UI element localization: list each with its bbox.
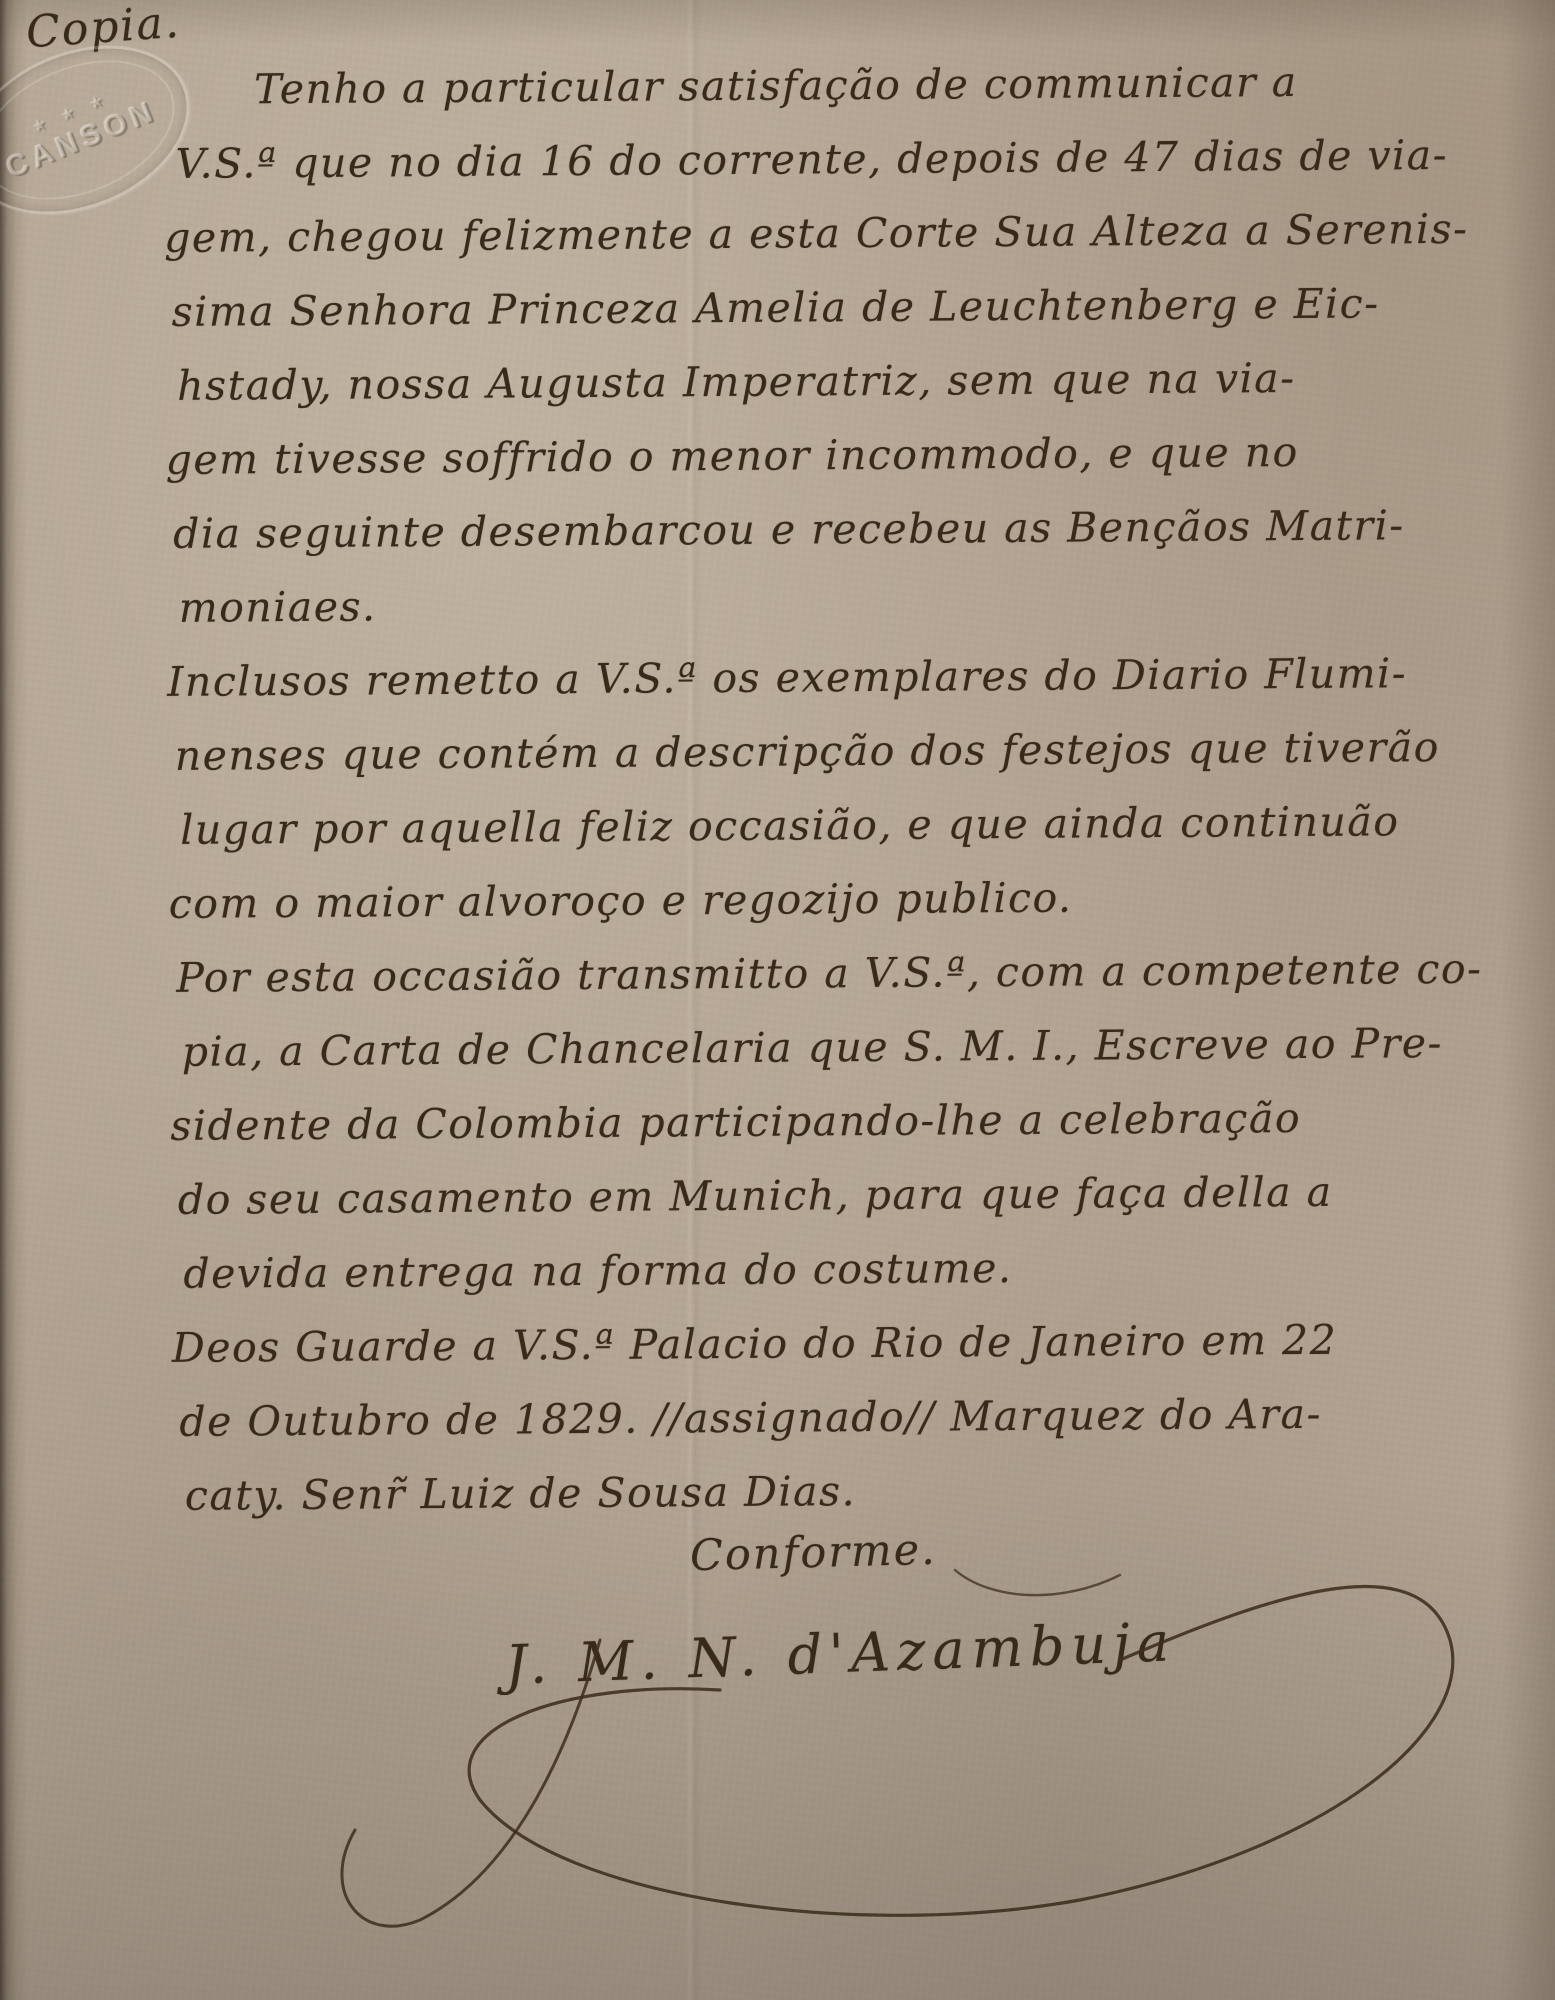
manuscript-line: sima Senhora Princeza Amelia de Leuchten… [171,265,1555,349]
manuscript-line: pia, a Carta de Chancelaria que S. M. I.… [182,1005,1555,1089]
manuscript-line: devida entrega na forma do costume. [183,1227,1555,1311]
closing-word: Conforme. [689,1525,937,1581]
manuscript-line: do seu casamento em Munich, para que faç… [178,1153,1555,1237]
signature: J. M. N. d'Azambuja [504,1610,1177,1696]
manuscript-line: nenses que contém a descripção dos feste… [175,709,1555,793]
manuscript-line: gem, chegou felizmente a esta Corte Sua … [164,191,1555,275]
manuscript-page: Copia. ★ ★ ★ CANSON Tenho a particular s… [0,0,1555,2000]
manuscript-line: caty. Senr̃ Luiz de Sousa Dias. [185,1449,1555,1533]
manuscript-line: lugar por aquella feliz occasião, e que … [180,783,1555,867]
manuscript-line: moniaes. [178,561,1555,645]
manuscript-line: dia seguinte desembarcou e recebeu as Be… [173,487,1555,571]
manuscript-line: sidente da Colombia participando-lhe a c… [170,1079,1555,1163]
manuscript-line: Inclusos remetto a V.S.ª os exemplares d… [167,635,1555,719]
manuscript-line: Tenho a particular satisfação de communi… [170,43,1555,127]
manuscript-line: V.S.ª que no dia 16 do corrente, depois … [175,117,1555,201]
manuscript-line: Por esta occasião transmitto a V.S.ª, co… [176,931,1555,1015]
manuscript-line: com o maior alvoroço e regozijo publico. [169,857,1555,941]
manuscript-line: Deos Guarde a V.S.ª Palacio do Rio de Ja… [172,1301,1555,1385]
letter-body: Tenho a particular satisfação de communi… [170,43,1555,1533]
manuscript-line: gem tivesse soffrido o menor incommodo, … [165,413,1555,497]
manuscript-line: hstady, nossa Augusta Imperatriz, sem qu… [177,339,1555,423]
manuscript-line: de Outubro de 1829. //assignado// Marque… [179,1375,1555,1459]
stamp-inner-ring [0,34,195,226]
